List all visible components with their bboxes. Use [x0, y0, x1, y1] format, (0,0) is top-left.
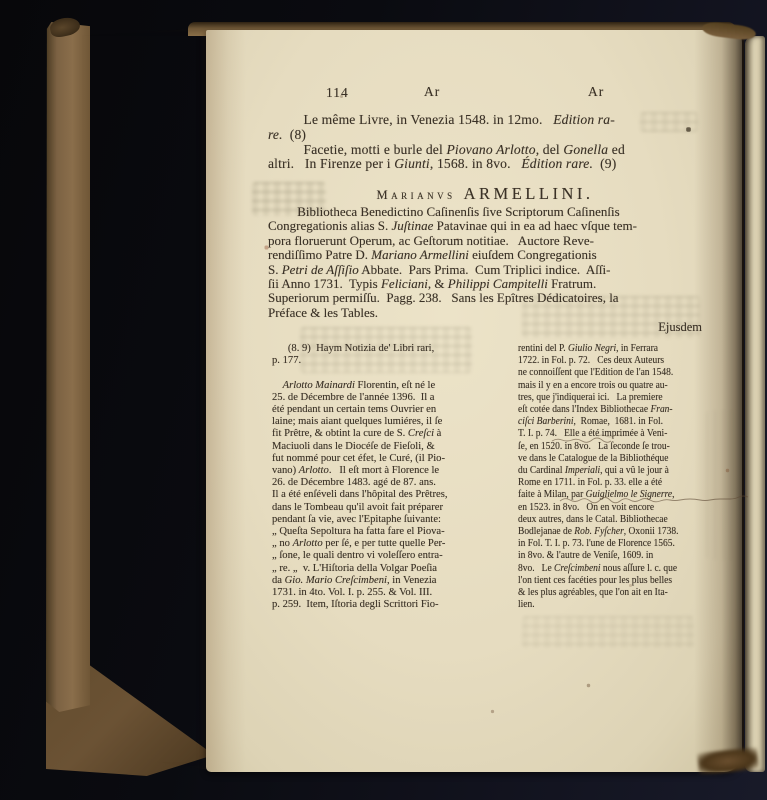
facing-page-edge: [745, 36, 765, 772]
entry-heading-forename: Marianvs: [377, 188, 456, 202]
show-through-smudge: [522, 616, 694, 648]
entry-heading-surname: ARMELLINI.: [464, 184, 594, 203]
entry-description: Bibliotheca Benedictino Caſinenſis ſive …: [268, 205, 708, 320]
entry-heading: MarianvsARMELLINI.: [268, 184, 702, 204]
running-head-right: Ar: [588, 84, 604, 100]
catchword: Ejusdem: [268, 320, 702, 335]
show-through-smudge: [706, 410, 734, 560]
page-stack-fore-edge: [82, 28, 210, 770]
foxing-specks: [0, 0, 1, 1]
photographed-book-page: 114 Ar Ar Le même Livre, in Venezia 1548…: [0, 0, 767, 800]
page-folio: 114: [326, 85, 349, 101]
running-head-left: Ar: [424, 84, 440, 100]
footnote-column-left: (8. 9) Haym Notizia de' Libri rari,p. 17…: [272, 343, 484, 611]
footnote-column-right: rentini del P. Giulio Negri, in Ferrara1…: [518, 343, 704, 611]
entry-intro-paragraph: Le même Livre, in Venezia 1548. in 12mo.…: [268, 113, 708, 172]
